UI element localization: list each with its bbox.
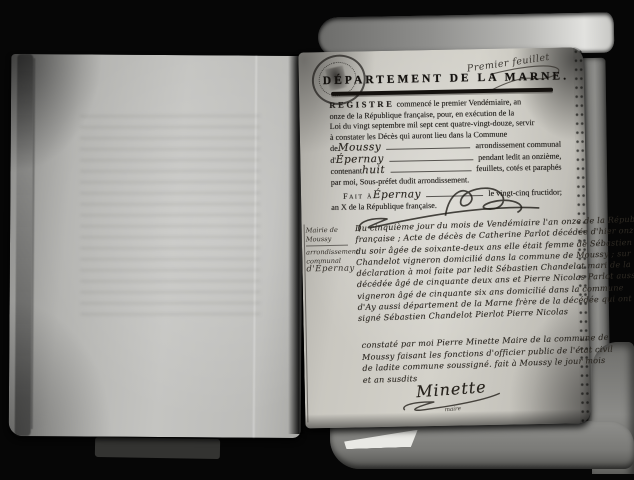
loose-paper-shadow xyxy=(95,437,220,459)
handwritten-feuillets: huit xyxy=(362,165,385,176)
fait-print: Fait à xyxy=(343,191,373,202)
blank-leader-line xyxy=(389,152,473,162)
right-page-register: Premier feuillet DÉPARTEMENT DE LA MARNE… xyxy=(298,47,590,428)
handwritten-commune: Moussy xyxy=(338,142,382,153)
margin-note-line-3: arrondissement xyxy=(306,248,354,257)
commune-print-after: arrondissement communal xyxy=(475,140,561,152)
archival-scan: Premier feuillet DÉPARTEMENT DE LA MARNE… xyxy=(0,0,634,480)
margin-note-rule xyxy=(306,245,348,247)
death-act-body: Du cinquième jour du mois de Vendémiaire… xyxy=(355,215,588,324)
left-page-blank xyxy=(9,54,304,438)
handwritten-fait-lieu: Épernay xyxy=(373,189,421,200)
blank-leader-line xyxy=(390,163,471,173)
feuillets-print-after: feuillets, cotés et paraphés xyxy=(476,163,562,175)
arrondissement-print-after: pendant ledit an onzième, xyxy=(478,151,561,163)
register-line-1: commencé le premier Vendémiaire, an xyxy=(394,97,521,108)
ink-bleedthrough xyxy=(80,115,260,315)
margin-note-line-5: d'Épernay xyxy=(306,265,354,274)
blank-leader-line xyxy=(386,140,470,150)
margin-note: Mairie de Moussy arrondissement communal… xyxy=(306,226,355,274)
feuillets-print: contenant xyxy=(330,166,362,177)
register-lead-word: Registre xyxy=(329,99,394,110)
margin-note-line-2: Moussy xyxy=(306,234,354,243)
